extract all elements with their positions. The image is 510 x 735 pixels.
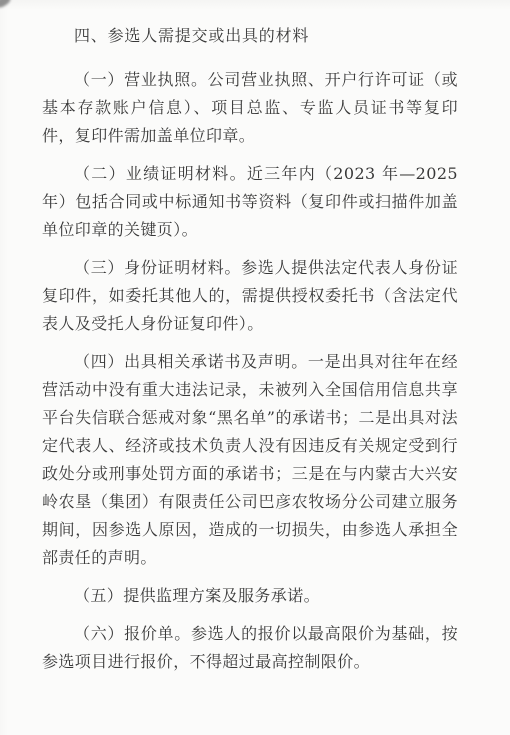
paragraph-performance-proof: （二）业绩证明材料。近三年内（2023 年—2025 年）包括合同或中标通知书等… [42, 160, 458, 244]
section-heading: 四、参选人需提交或出具的材料 [42, 22, 458, 50]
paragraph-supervision-plan: （五）提供监理方案及服务承诺。 [42, 582, 458, 610]
paragraph-identity-proof: （三）身份证明材料。参选人提供法定代表人身份证复印件，如委托其他人的，需提供授权… [42, 254, 458, 338]
paragraph-business-license: （一）营业执照。公司营业执照、开户行许可证（或基本存款账户信息）、项目总监、专监… [42, 66, 458, 150]
document-page: 四、参选人需提交或出具的材料 （一）营业执照。公司营业执照、开户行许可证（或基本… [0, 0, 510, 735]
paragraph-commitments-statement: （四）出具相关承诺书及声明。一是出具对往年在经营活动中没有重大违法记录，未被列入… [42, 348, 458, 572]
scan-artifact [0, 0, 12, 10]
paragraph-quotation: （六）报价单。参选人的报价以最高限价为基础，按参选项目进行报价，不得超过最高控制… [42, 620, 458, 676]
document-content: 四、参选人需提交或出具的材料 （一）营业执照。公司营业执照、开户行许可证（或基本… [42, 22, 458, 676]
